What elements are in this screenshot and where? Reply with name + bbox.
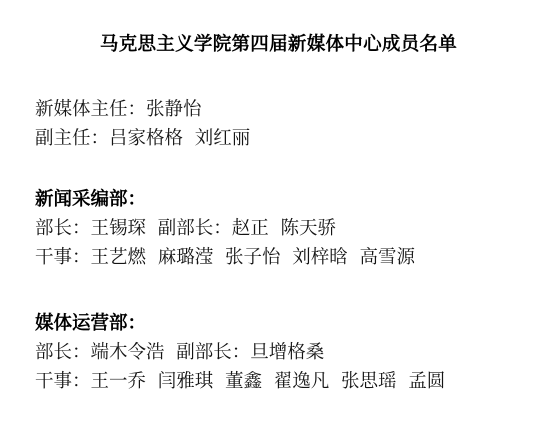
department-staff-line: 干事：王艺燃 麻璐滢 张子怡 刘梓晗 高雪源 (35, 246, 415, 270)
department-head-line: 部长：端木令浩 副部长：旦增格桑 (35, 341, 324, 365)
department-staff-line: 干事：王一乔 闫雅琪 董鑫 翟逸凡 张思瑶 孟圆 (35, 370, 445, 394)
director-line: 新媒体主任：张静怡 (35, 98, 202, 122)
department-heading: 媒体运营部： (35, 312, 146, 336)
deputy-director-line: 副主任：吕家格格 刘红丽 (35, 127, 250, 151)
department-heading: 新闻采编部： (35, 188, 146, 212)
department-head-line: 部长：王锡琛 副部长：赵正 陈天骄 (35, 217, 336, 241)
document-title: 马克思主义学院第四届新媒体中心成员名单 (0, 33, 553, 57)
